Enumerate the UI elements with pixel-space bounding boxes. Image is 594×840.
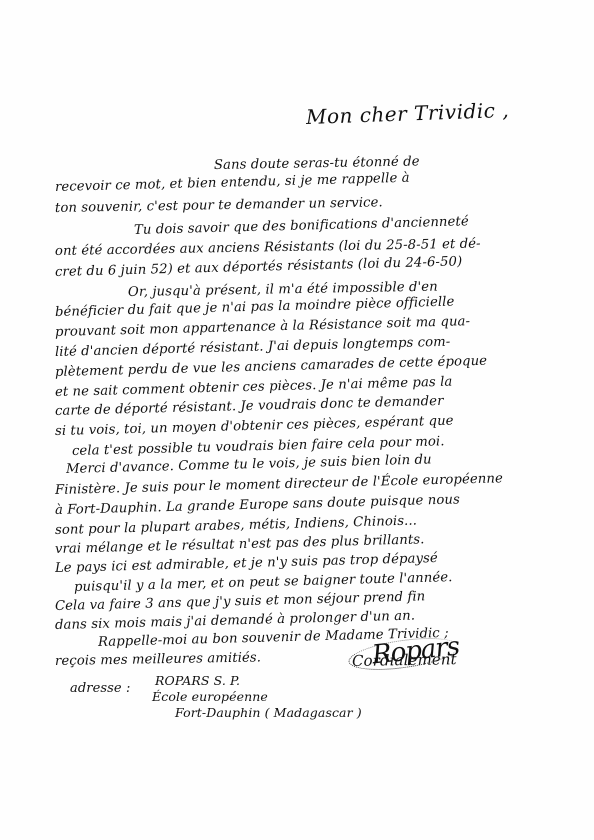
letter-page: Mon cher Trividic , Sans doute seras-tu … bbox=[0, 0, 594, 840]
salutation: Mon cher Trividic , bbox=[306, 97, 510, 130]
letter-line: recevoir ce mot, et bien entendu, si je … bbox=[55, 170, 410, 197]
address-line-city: Fort-Dauphin ( Madagascar ) bbox=[175, 704, 362, 722]
address-label: adresse : bbox=[70, 680, 130, 698]
letter-line: reçois mes meilleures amitiés. bbox=[55, 649, 261, 671]
letter-line: ton souvenir, c'est pour te demander un … bbox=[55, 194, 383, 218]
